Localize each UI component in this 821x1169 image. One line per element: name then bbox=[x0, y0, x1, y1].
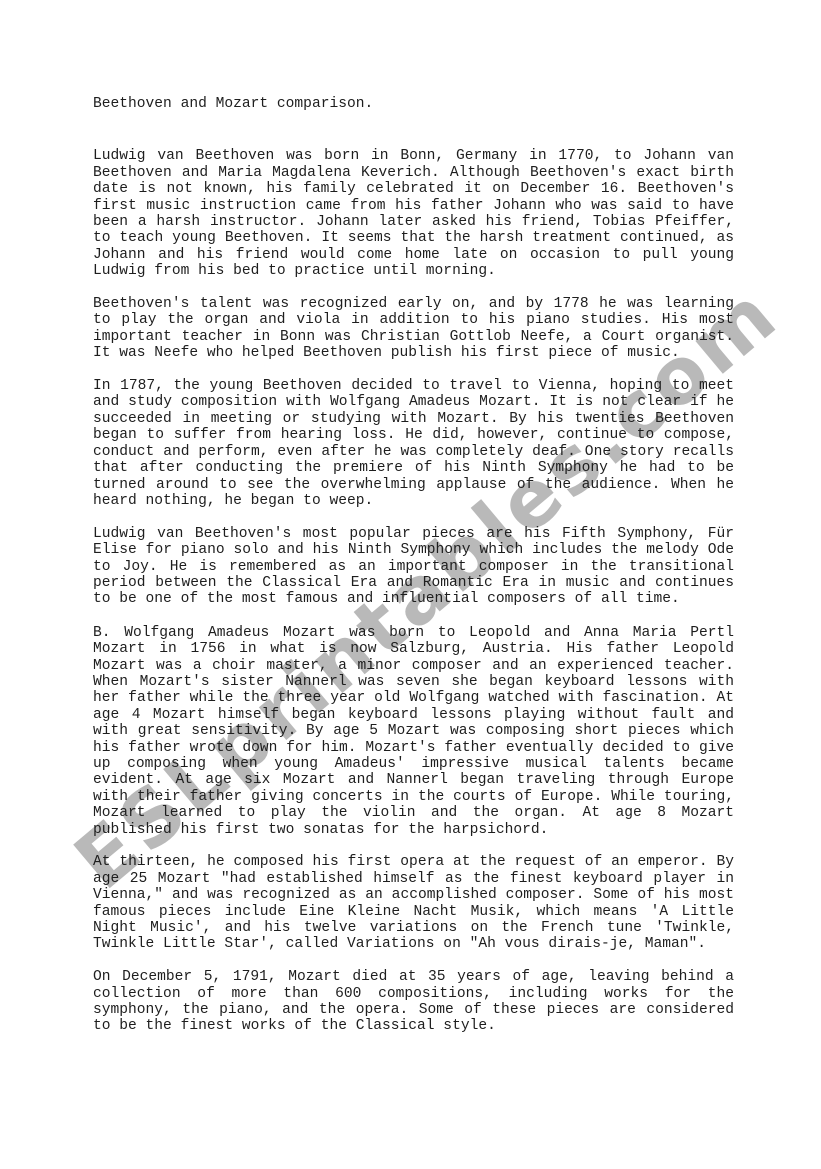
paragraph-beethoven-talent: Beethoven's talent was recognized early … bbox=[93, 296, 734, 362]
paragraph-beethoven-vienna: In 1787, the young Beethoven decided to … bbox=[93, 378, 734, 509]
worksheet-page: ESLprintables.com Beethoven and Mozart c… bbox=[0, 0, 821, 1169]
paragraph-beethoven-birth: Ludwig van Beethoven was born in Bonn, G… bbox=[93, 148, 734, 279]
document-title: Beethoven and Mozart comparison. bbox=[93, 96, 734, 112]
document-content: Beethoven and Mozart comparison. Ludwig … bbox=[93, 96, 734, 1051]
paragraph-mozart-birth: B. Wolfgang Amadeus Mozart was born to L… bbox=[93, 625, 734, 838]
paragraph-mozart-death: On December 5, 1791, Mozart died at 35 y… bbox=[93, 969, 734, 1035]
paragraph-mozart-fame: At thirteen, he composed his first opera… bbox=[93, 854, 734, 952]
paragraph-beethoven-legacy: Ludwig van Beethoven's most popular piec… bbox=[93, 526, 734, 608]
